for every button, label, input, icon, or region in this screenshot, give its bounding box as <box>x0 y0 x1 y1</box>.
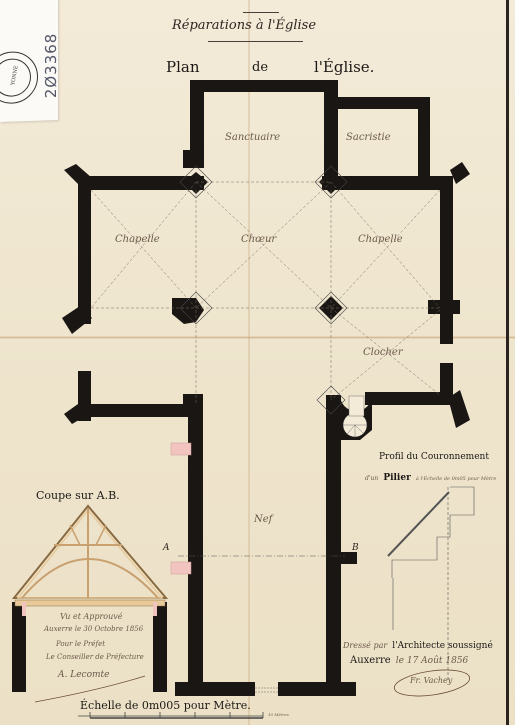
section-drawing-title: Coupe sur A.B. <box>36 489 120 502</box>
architect-line-2: Auxerre le 17 Août 1856 <box>350 648 468 667</box>
label-sanctuaire: Sanctuaire <box>225 132 280 143</box>
label-sacristie: Sacristie <box>346 132 391 143</box>
section-marker-b: B <box>352 543 359 553</box>
label-chapelle-right: Chapelle <box>358 234 403 245</box>
label-nef: Nef <box>254 514 272 525</box>
architect-place: Auxerre <box>350 655 391 666</box>
architect-date: le 17 Août 1856 <box>396 656 468 666</box>
label-clocher: Clocher <box>363 347 403 358</box>
architect-signature: Fr. Vachey <box>410 676 452 685</box>
approval-line-4: Le Conseiller de Préfecture <box>46 653 144 661</box>
scale-bar <box>78 712 263 718</box>
scale-bar-end-label: 10 Mètres <box>268 712 289 717</box>
profile-title-line1: Profil du Couronnement <box>379 452 489 462</box>
approval-signature: A. Lecomte <box>58 670 109 680</box>
profile-title-prefix: d'un <box>365 475 378 482</box>
label-chapelle-left: Chapelle <box>115 234 160 245</box>
profile-title-line2: d'un Pilier à l'Échelle de 0m05 pour Mèt… <box>365 465 496 484</box>
label-choeur: Chœur <box>241 234 276 245</box>
section-marker-a: A <box>163 543 170 553</box>
approval-line-1: Vu et Approuvé <box>60 612 123 621</box>
scale-label: Échelle de 0m005 pour Mètre. <box>80 699 251 712</box>
approval-line-2: Auxerre le 30 Octobre 1856 <box>44 625 143 633</box>
profile-title-scale: à l'Échelle de 0m05 pour Mètre <box>416 476 496 482</box>
profile-title-pilier: Pilier <box>383 473 411 483</box>
roof-truss-section <box>12 506 167 692</box>
approval-line-3: Pour le Préfet <box>56 640 105 648</box>
